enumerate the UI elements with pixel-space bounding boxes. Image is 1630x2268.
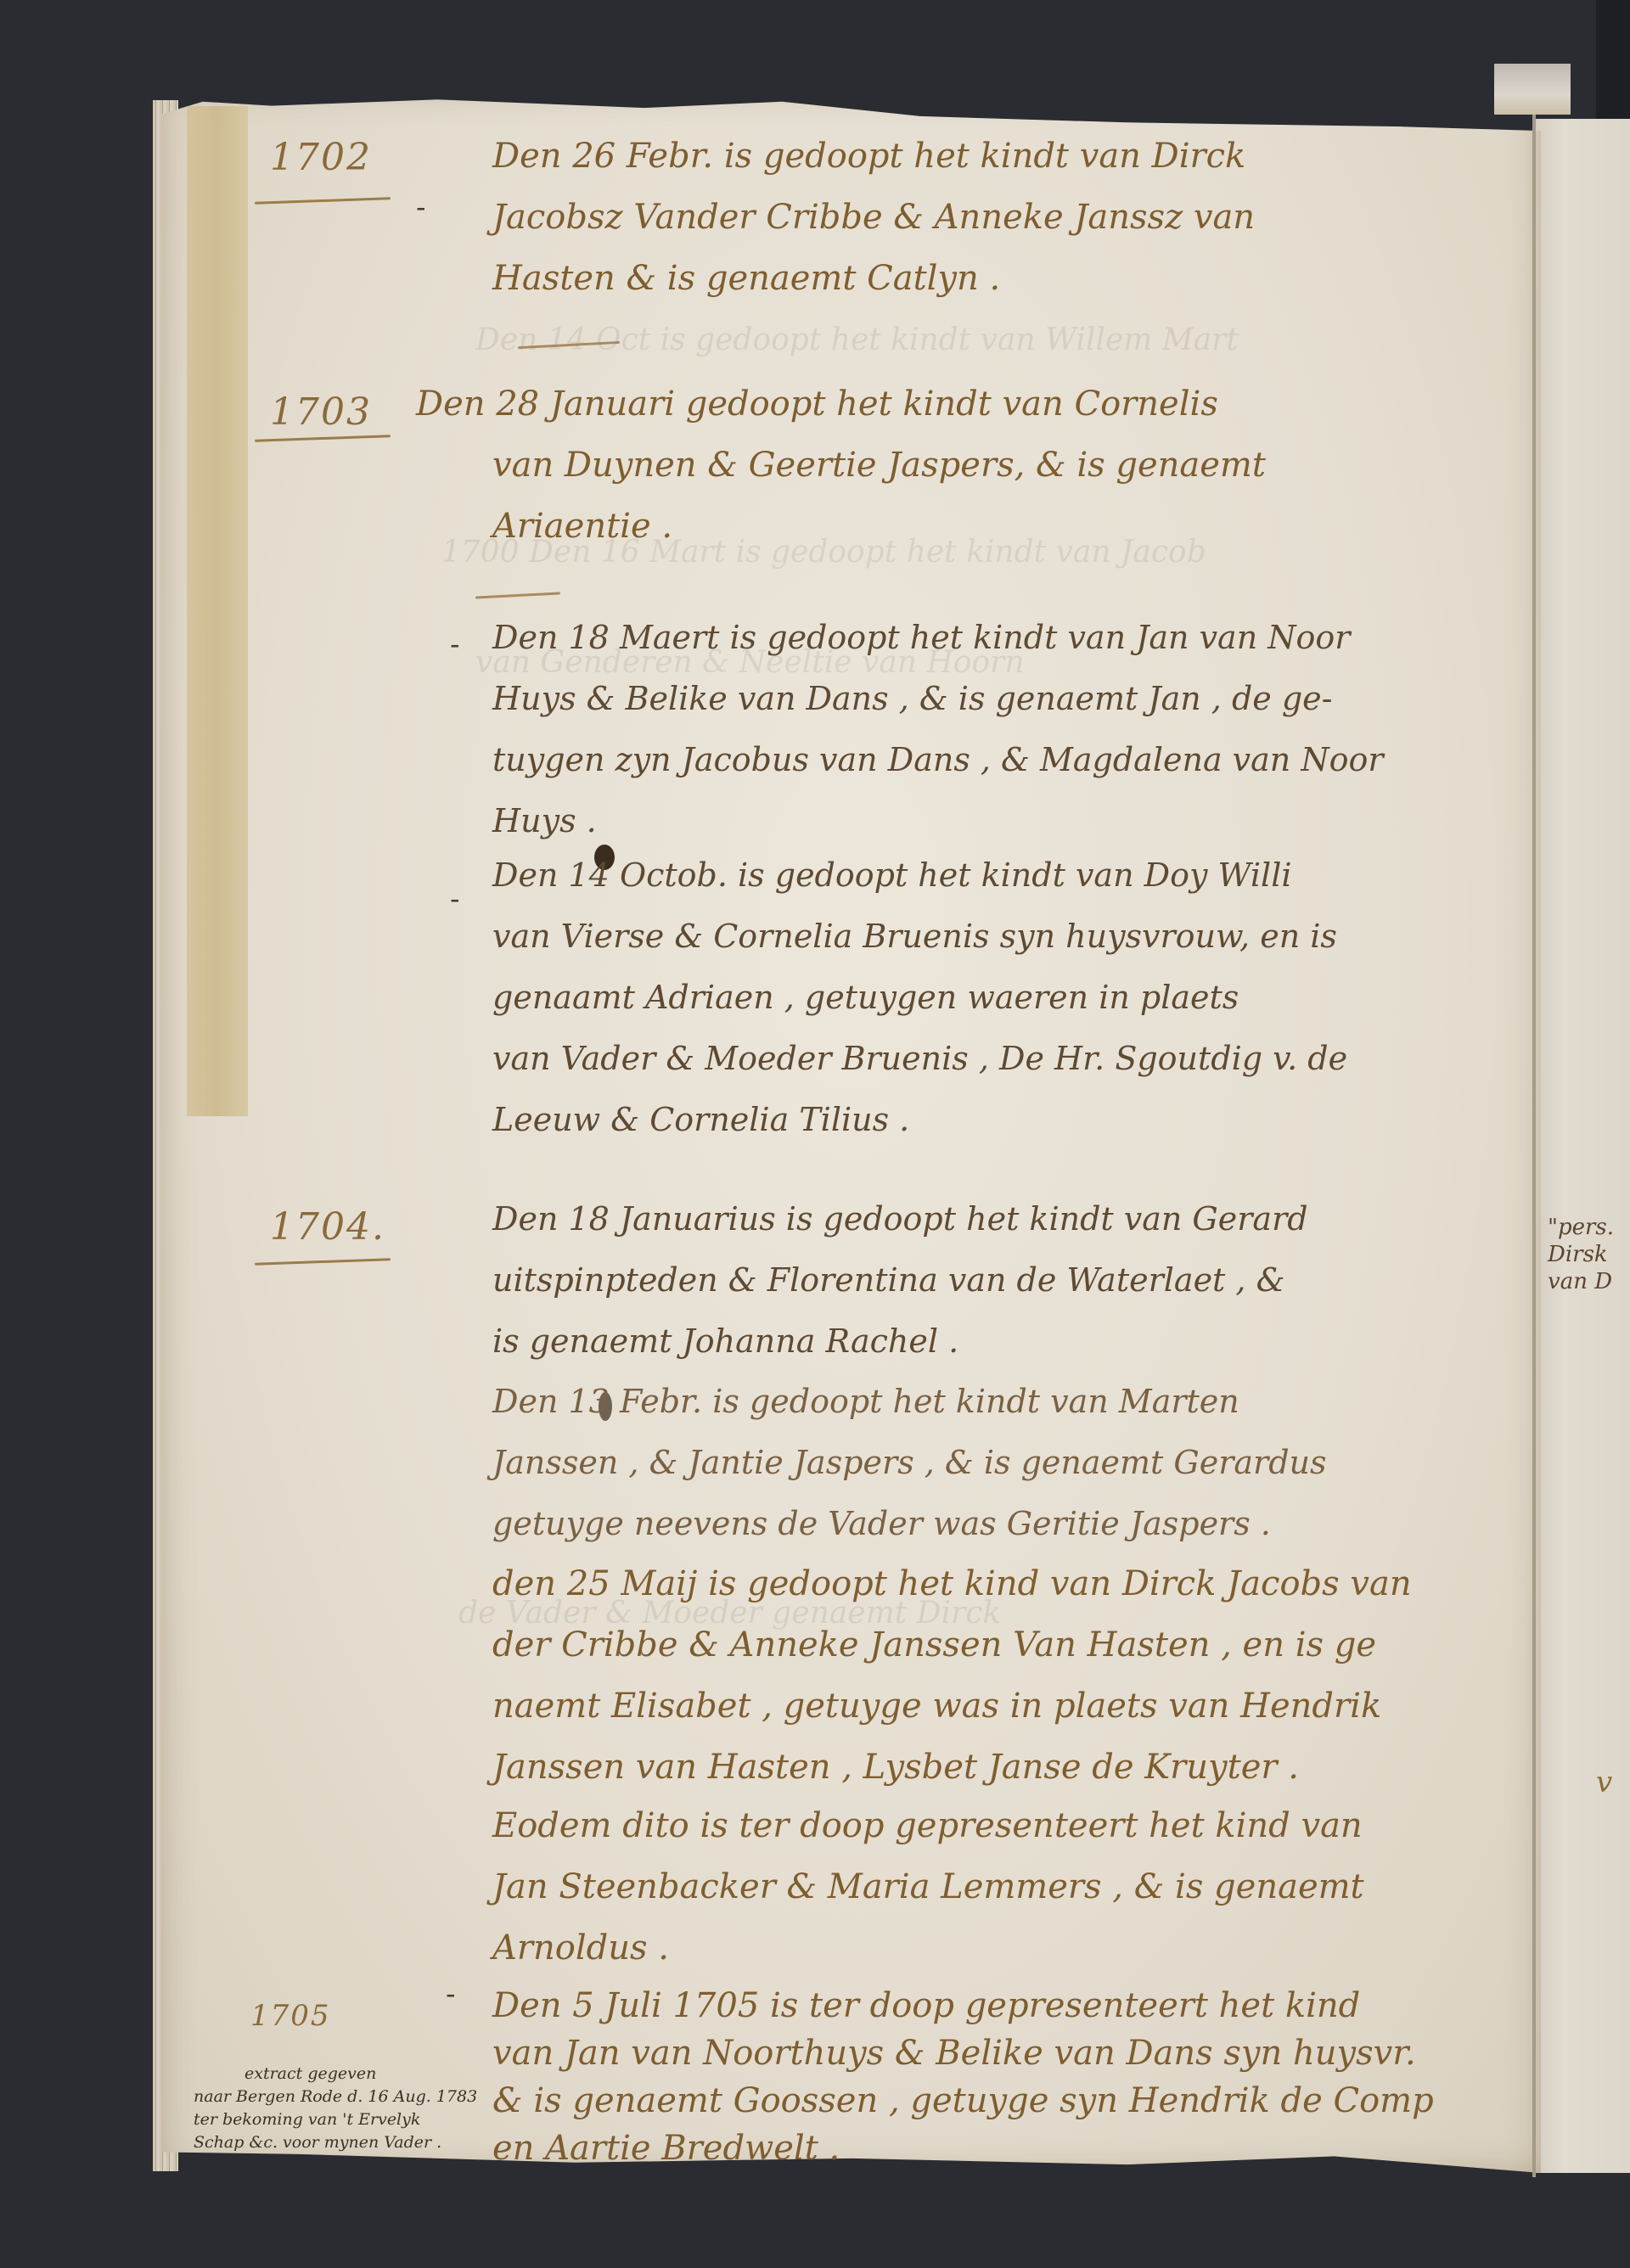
entry-line: Huys & Belike van Dans , & is genaemt Ja… bbox=[492, 668, 1384, 729]
entry-line: Jan Steenbacker & Maria Lemmers , & is g… bbox=[492, 1856, 1364, 1917]
entry-line: en Aartie Bredwelt . bbox=[492, 2125, 1434, 2172]
torn-paper-strip bbox=[1494, 64, 1571, 115]
background-corner bbox=[1596, 0, 1630, 119]
entry-line: Den 26 Febr. is gedoopt het kindt van Di… bbox=[492, 126, 1255, 187]
entry-line: den 25 Maij is gedoopt het kind van Dirc… bbox=[492, 1553, 1412, 1614]
entry-line: Den 18 Maert is gedoopt het kindt van Ja… bbox=[492, 607, 1384, 668]
entry-line: uitspinpteden & Florentina van de Waterl… bbox=[492, 1249, 1308, 1311]
entry-line: Janssen van Hasten , Lysbet Janse de Kru… bbox=[492, 1737, 1412, 1798]
baptism-entry: Den 18 Maert is gedoopt het kindt van Ja… bbox=[492, 607, 1384, 851]
baptism-entry: Eodem dito is ter doop gepresenteert het… bbox=[492, 1795, 1364, 1979]
annotation-line: naar Bergen Rode d. 16 Aug. 1783 bbox=[194, 2086, 477, 2108]
entry-line: Den 13 Febr. is gedoopt het kindt van Ma… bbox=[492, 1371, 1327, 1432]
baptism-entry: Den 28 Januari gedoopt het kindt van Cor… bbox=[416, 373, 1266, 557]
entry-line: tuygen zyn Jacobus van Dans , & Magdalen… bbox=[492, 729, 1384, 790]
facing-page-mark: v bbox=[1596, 1766, 1612, 1799]
binding-tape bbox=[187, 106, 248, 1116]
entry-marker: - bbox=[450, 628, 460, 660]
entry-line: van Vierse & Cornelia Bruenis syn huysvr… bbox=[492, 906, 1347, 967]
annotation-line: ter bekoming van 't Ervelyk bbox=[194, 2108, 477, 2131]
baptism-entry: Den 18 Januarius is gedoopt het kindt va… bbox=[492, 1188, 1308, 1372]
entry-line: Eodem dito is ter doop gepresenteert het… bbox=[492, 1795, 1364, 1856]
baptism-entry: Den 14 Octob. is gedoopt het kindt van D… bbox=[492, 845, 1347, 1150]
baptism-entry: Den 5 Juli 1705 is ter doop gepresenteer… bbox=[492, 1982, 1434, 2172]
entry-line: van Jan van Noorthuys & Belike van Dans … bbox=[492, 2029, 1434, 2077]
facing-note-line: van D bbox=[1548, 1268, 1614, 1295]
entry-line: van Duynen & Geertie Jaspers, & is genae… bbox=[416, 435, 1266, 496]
entry-marker: - bbox=[446, 1978, 456, 2010]
entry-line: der Cribbe & Anneke Janssen Van Hasten ,… bbox=[492, 1614, 1412, 1676]
entry-line: Jacobsz Vander Cribbe & Anneke Janssz va… bbox=[492, 187, 1255, 248]
annotation-line: Schap &c. voor mynen Vader . bbox=[194, 2131, 477, 2154]
entry-line: Ariaentie . bbox=[416, 496, 1266, 557]
entry-line: genaamt Adriaen , getuygen waeren in pla… bbox=[492, 967, 1347, 1028]
entry-line: Leeuw & Cornelia Tilius . bbox=[492, 1089, 1347, 1150]
margin-annotation: extract gegeven naar Bergen Rode d. 16 A… bbox=[194, 2063, 477, 2154]
facing-page bbox=[1536, 119, 1630, 2173]
entry-line: Huys . bbox=[492, 790, 1384, 851]
entry-marker: - bbox=[416, 191, 426, 223]
facing-note-line: Dirsk bbox=[1548, 1241, 1614, 1268]
entry-line: naemt Elisabet , getuyge was in plaets v… bbox=[492, 1676, 1412, 1737]
entry-marker: - bbox=[450, 883, 460, 915]
entry-line: Arnoldus . bbox=[492, 1917, 1364, 1979]
entry-line: Den 5 Juli 1705 is ter doop gepresenteer… bbox=[492, 1982, 1434, 2029]
baptism-entry: Den 13 Febr. is gedoopt het kindt van Ma… bbox=[492, 1371, 1327, 1554]
year-label: 1704. bbox=[270, 1205, 385, 1249]
facing-note-line: "pers. bbox=[1548, 1214, 1614, 1241]
entry-line: Den 14 Octob. is gedoopt het kindt van D… bbox=[492, 845, 1347, 906]
entry-line: getuyge neevens de Vader was Geritie Jas… bbox=[492, 1493, 1327, 1554]
entry-line: Janssen , & Jantie Jaspers , & is genaem… bbox=[492, 1432, 1327, 1493]
entry-line: Den 18 Januarius is gedoopt het kindt va… bbox=[492, 1188, 1308, 1249]
entry-line: & is genaemt Goossen , getuyge syn Hendr… bbox=[492, 2077, 1434, 2125]
facing-page-note: "pers. Dirsk van D bbox=[1548, 1214, 1614, 1295]
year-label: 1705 bbox=[250, 1999, 331, 2033]
annotation-line: extract gegeven bbox=[194, 2063, 477, 2086]
bleed-through-text: Den 14 Oct is gedoopt het kindt van Will… bbox=[475, 323, 1239, 357]
page-gutter bbox=[1532, 115, 1536, 2177]
entry-line: is genaemt Johanna Rachel . bbox=[492, 1311, 1308, 1372]
baptism-entry: Den 26 Febr. is gedoopt het kindt van Di… bbox=[492, 126, 1255, 309]
baptism-entry: den 25 Maij is gedoopt het kind van Dirc… bbox=[492, 1553, 1412, 1798]
entry-line: Hasten & is genaemt Catlyn . bbox=[492, 248, 1255, 309]
entry-line: van Vader & Moeder Bruenis , De Hr. Sgou… bbox=[492, 1028, 1347, 1089]
entry-line: Den 28 Januari gedoopt het kindt van Cor… bbox=[416, 373, 1266, 435]
year-label: 1703 bbox=[270, 390, 372, 434]
year-label: 1702 bbox=[270, 136, 372, 179]
